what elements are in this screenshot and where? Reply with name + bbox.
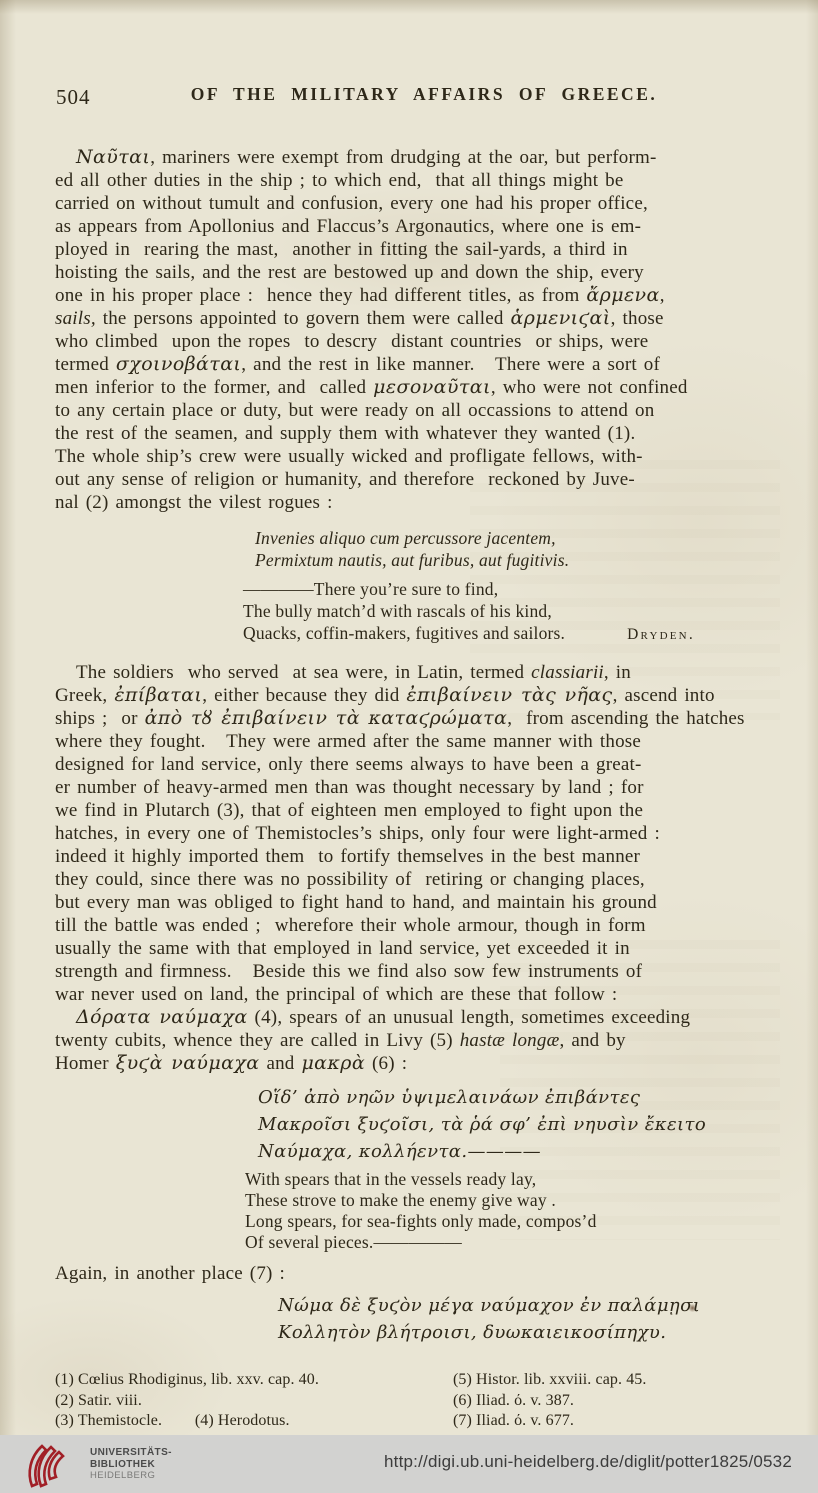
text-segment: and <box>260 1053 302 1074</box>
text-segment: indeed it highly imported them to fortif… <box>55 846 640 867</box>
text-segment: Homer <box>55 1053 116 1074</box>
library-footer: UNIVERSITÄTS- BIBLIOTHEK HEIDELBERG http… <box>0 1435 818 1493</box>
text-segment: nal (2) amongst the vilest rogues : <box>55 492 333 513</box>
text-block: With spears that in the vessels ready la… <box>245 1169 767 1253</box>
text-segment: ships ; or <box>55 708 145 729</box>
text-block: Again, in another place (7) : <box>55 1262 767 1285</box>
text-line: indeed it highly imported them to fortif… <box>55 845 767 868</box>
text-line: who climbed upon the ropes to descry dis… <box>55 330 767 353</box>
text-line: Again, in another place (7) : <box>55 1262 767 1285</box>
library-name-line: UNIVERSITÄTS- <box>90 1447 172 1459</box>
text-segment: but every man was obliged to fight hand … <box>55 892 657 913</box>
text-segment: Invenies aliquo cum percussore jacentem, <box>255 528 556 548</box>
text-segment: The bully match’d with rascals of his ki… <box>243 601 552 621</box>
text-segment: where they fought. They were armed after… <box>55 731 641 752</box>
university-library-logo-icon <box>22 1441 72 1489</box>
greek-text: Δόρατα ναύμαχα <box>76 1006 248 1028</box>
text-block: The soldiers who served at sea were, in … <box>55 661 767 1006</box>
text-segment: we find in Plutarch (3), that of eightee… <box>55 800 643 821</box>
footnote: (7) Iliad. ό. v. 677. <box>453 1411 574 1432</box>
text-segment: who climbed upon the ropes to descry dis… <box>55 331 648 352</box>
text-segment: Again, in another place (7) : <box>55 1263 285 1284</box>
footnote-row: (2) Satir. viii.(6) Iliad. ό. v. 387. <box>55 1391 767 1412</box>
footnote: (6) Iliad. ό. v. 387. <box>453 1391 574 1412</box>
footnote: (5) Histor. lib. xxviii. cap. 45. <box>453 1370 647 1391</box>
text-line: Νώμα δὲ ξυϛὸν μέγα ναύμαχον ἐν παλάμῃσι <box>278 1292 767 1319</box>
text-segment: strength and firmness. Beside this we fi… <box>55 961 642 982</box>
text-segment: , mariners were exempt from drudging at … <box>150 147 656 168</box>
text-line: men inferior to the former, and called μ… <box>55 376 767 399</box>
greek-text: Νώμα δὲ ξυϛὸν μέγα ναύμαχον ἐν παλάμῃσι <box>278 1295 700 1316</box>
text-segment: designed for land service, only there se… <box>55 754 642 775</box>
text-segment: , and by <box>559 1030 625 1051</box>
text-line: ed all other duties in the ship ; to whi… <box>55 169 767 192</box>
text-line: usually the same with that employed in l… <box>55 937 767 960</box>
text-line: sails, the persons appointed to govern t… <box>55 307 767 330</box>
text-block: Οἵδ’ ἀπὸ νηῶν ὑψιμελαινάων ἐπιβάντεςΜακρ… <box>258 1084 767 1165</box>
text-line: the rest of the seamen, and supply them … <box>55 422 767 445</box>
page-number: 504 <box>56 85 91 110</box>
text-line: Μακροῖσι ξυϛοῖσι, τὰ ῥά σφ’ ἐπὶ νηυσὶν ἔ… <box>258 1111 767 1138</box>
text-segment: war never used on land, the principal of… <box>55 984 617 1005</box>
text-line: termed σχοινοβάται, and the rest in like… <box>55 353 767 376</box>
text-line: Homer ξυϛὰ ναύμαχα and μακρὰ (6) : <box>55 1052 767 1075</box>
text-segment: ployed in rearing the mast, another in f… <box>55 239 628 260</box>
text-line: where they fought. They were armed after… <box>55 730 767 753</box>
text-line: Of several pieces.————— <box>245 1232 767 1253</box>
text-line: Δόρατα ναύμαχα (4), spears of an unusual… <box>55 1006 767 1029</box>
text-segment: the persons appointed to govern them wer… <box>96 308 511 329</box>
text-segment: usually the same with that employed in l… <box>55 938 630 959</box>
greek-text: ξυϛὰ ναύμαχα <box>116 1052 260 1074</box>
running-title: OF THE MILITARY AFFAIRS OF GREECE. <box>0 84 818 105</box>
greek-text: Ναύμαχα, κολλήεντα.———— <box>258 1141 541 1162</box>
italic-text: classiarii <box>531 662 604 683</box>
text-segment: the rest of the seamen, and supply them … <box>55 423 635 444</box>
text-segment: , who were not confined <box>491 377 688 398</box>
greek-text: μακρὰ <box>301 1052 365 1074</box>
text-line: The soldiers who served at sea were, in … <box>55 661 767 684</box>
text-line: er number of heavy-armed men than was th… <box>55 776 767 799</box>
text-line: till the battle was ended ; wherefore th… <box>55 914 767 937</box>
text-segment: (4), spears of an unusual length, someti… <box>248 1007 691 1028</box>
greek-text: μεσοναῦται <box>373 376 491 398</box>
text-line: they could, since there was no possibili… <box>55 868 767 891</box>
book-page-scan: 504 OF THE MILITARY AFFAIRS OF GREECE. Ν… <box>0 0 818 1493</box>
text-segment: Greek, <box>55 685 114 706</box>
library-name: UNIVERSITÄTS- BIBLIOTHEK HEIDELBERG <box>90 1447 172 1482</box>
text-line: Permixtum nautis, aut furibus, aut fugit… <box>255 549 767 571</box>
text-segment: er number of heavy-armed men than was th… <box>55 777 644 798</box>
text-segment: out any sense of religion or humanity, a… <box>55 469 635 490</box>
text-segment: ed all other duties in the ship ; to whi… <box>55 170 624 191</box>
text-line: ships ; or ἀπὸ τȣ ἐπιβαίνειν τὰ καταϛρώμ… <box>55 707 767 730</box>
text-segment: , those <box>611 308 664 329</box>
text-line: Ναῦται, mariners were exempt from drudgi… <box>55 146 767 169</box>
text-line: as appears from Apollonius and Flaccus’s… <box>55 215 767 238</box>
text-block: ————There you’re sure to find,The bully … <box>243 578 767 646</box>
text-line: Quacks, coffin-makers, fugitives and sai… <box>243 622 767 646</box>
text-block: Νώμα δὲ ξυϛὸν μέγα ναύμαχον ἐν παλάμῃσιΚ… <box>278 1292 767 1346</box>
text-segment: Of several pieces.————— <box>245 1232 462 1252</box>
text-line: nal (2) amongst the vilest rogues : <box>55 491 767 514</box>
text-segment: With spears that in the vessels ready la… <box>245 1169 536 1189</box>
footnote-row: (3) Themistocle. (4) Herodotus.(7) Iliad… <box>55 1411 767 1432</box>
text-line: Long spears, for sea-fights only made, c… <box>245 1211 767 1232</box>
text-line: With spears that in the vessels ready la… <box>245 1169 767 1190</box>
text-line: Invenies aliquo cum percussore jacentem, <box>255 527 767 549</box>
text-line: out any sense of religion or humanity, a… <box>55 468 767 491</box>
text-segment: These strove to make the enemy give way … <box>245 1190 556 1210</box>
text-line: Κολλητὸν βλήτροισι, δυωκαιεικοσίπηχυ. <box>278 1319 767 1346</box>
greek-text: Μακροῖσι ξυϛοῖσι, τὰ ῥά σφ’ ἐπὶ νηυσὶν ἔ… <box>258 1114 706 1135</box>
text-line: strength and firmness. Beside this we fi… <box>55 960 767 983</box>
footnote-row: (1) Cœlius Rhodiginus, lib. xxv. cap. 40… <box>55 1370 767 1391</box>
text-block: Δόρατα ναύμαχα (4), spears of an unusual… <box>55 1006 767 1075</box>
text-line: Ναύμαχα, κολλήεντα.———— <box>258 1138 767 1165</box>
footnotes: (1) Cœlius Rhodiginus, lib. xxv. cap. 40… <box>55 1370 767 1432</box>
text-segment: hatches, in every one of Themistocles’s … <box>55 823 660 844</box>
attribution: Dryden. <box>627 626 695 643</box>
text-block: Ναῦται, mariners were exempt from drudgi… <box>55 146 767 514</box>
text-segment: , ascend into <box>613 685 715 706</box>
text-segment: (6) : <box>365 1053 407 1074</box>
text-segment: , <box>660 285 665 306</box>
text-line: The bully match’d with rascals of his ki… <box>243 600 767 622</box>
text-segment: Permixtum nautis, aut furibus, aut fugit… <box>255 550 569 570</box>
text-line: Greek, ἐπίβαται, either because they did… <box>55 684 767 707</box>
text-segment: Quacks, coffin-makers, fugitives and sai… <box>243 623 565 643</box>
greek-text: ἀπὸ τȣ ἐπιβαίνειν τὰ καταϛρώματα <box>145 707 508 729</box>
text-line: carried on without tumult and confusion,… <box>55 192 767 215</box>
text-block: Invenies aliquo cum percussore jacentem,… <box>255 527 767 571</box>
text-segment: , from ascending the hatches <box>507 708 744 729</box>
text-segment: Long spears, for sea-fights only made, c… <box>245 1211 597 1231</box>
text-segment: as appears from Apollonius and Flaccus’s… <box>55 216 641 237</box>
text-segment: , either because they did <box>202 685 406 706</box>
greek-text: Κολλητὸν βλήτροισι, δυωκαιεικοσίπηχυ. <box>278 1322 666 1343</box>
text-line: hoisting the sails, and the rest are bes… <box>55 261 767 284</box>
text-line: twenty cubits, whence they are called in… <box>55 1029 767 1052</box>
text-segment: The soldiers who served at sea were, in … <box>76 662 531 683</box>
text-line: to any certain place or duty, but were r… <box>55 399 767 422</box>
text-segment: , in <box>604 662 631 683</box>
text-segment: hoisting the sails, and the rest are bes… <box>55 262 644 283</box>
footnote: (3) Themistocle. (4) Herodotus. <box>55 1411 453 1432</box>
text-line: hatches, in every one of Themistocles’s … <box>55 822 767 845</box>
greek-text: ἐπίβαται <box>114 684 202 706</box>
text-segment: one in his proper place : hence they had… <box>55 285 586 306</box>
text-segment: to any certain place or duty, but were r… <box>55 400 654 421</box>
text-line: one in his proper place : hence they had… <box>55 284 767 307</box>
italic-text: hastæ longæ <box>460 1030 560 1051</box>
library-name-line: BIBLIOTHEK <box>90 1459 172 1471</box>
text-line: ployed in rearing the mast, another in f… <box>55 238 767 261</box>
running-header: 504 OF THE MILITARY AFFAIRS OF GREECE. <box>0 84 818 114</box>
text-line: designed for land service, only there se… <box>55 753 767 776</box>
text-segment: twenty cubits, whence they are called in… <box>55 1030 460 1051</box>
source-url: http://digi.ub.uni-heidelberg.de/diglit/… <box>384 1452 792 1472</box>
text-segment: men inferior to the former, and called <box>55 377 373 398</box>
text-segment: till the battle was ended ; wherefore th… <box>55 915 646 936</box>
text-segment: they could, since there was no possibili… <box>55 869 645 890</box>
text-line: but every man was obliged to fight hand … <box>55 891 767 914</box>
text-segment: ————There you’re sure to find, <box>243 579 498 599</box>
text-line: The whole ship’s crew were usually wicke… <box>55 445 767 468</box>
text-segment: termed <box>55 354 116 375</box>
greek-text: ἐπιβαίνειν τὰς νῆας <box>406 684 612 706</box>
footnote: (2) Satir. viii. <box>55 1391 453 1412</box>
text-line: war never used on land, the principal of… <box>55 983 767 1006</box>
page-text: Ναῦται, mariners were exempt from drudgi… <box>55 146 767 1432</box>
footnote: (1) Cœlius Rhodiginus, lib. xxv. cap. 40… <box>55 1370 453 1391</box>
text-line: Οἵδ’ ἀπὸ νηῶν ὑψιμελαινάων ἐπιβάντες <box>258 1084 767 1111</box>
library-name-line: HEIDELBERG <box>90 1470 172 1482</box>
italic-text: sails, <box>55 308 96 329</box>
greek-text: ἄρμενα <box>586 284 659 306</box>
greek-text: ἁρμενιϛαὶ <box>511 307 611 329</box>
text-line: These strove to make the enemy give way … <box>245 1190 767 1211</box>
greek-text: Ναῦται <box>76 146 150 168</box>
text-line: we find in Plutarch (3), that of eightee… <box>55 799 767 822</box>
greek-text: Οἵδ’ ἀπὸ νηῶν ὑψιμελαινάων ἐπιβάντες <box>258 1087 640 1108</box>
greek-text: σχοινοβάται <box>116 353 241 375</box>
text-segment: carried on without tumult and confusion,… <box>55 193 648 214</box>
text-line: ————There you’re sure to find, <box>243 578 767 600</box>
text-segment: , and the rest in like manner. There wer… <box>241 354 660 375</box>
text-segment: The whole ship’s crew were usually wicke… <box>55 446 643 467</box>
